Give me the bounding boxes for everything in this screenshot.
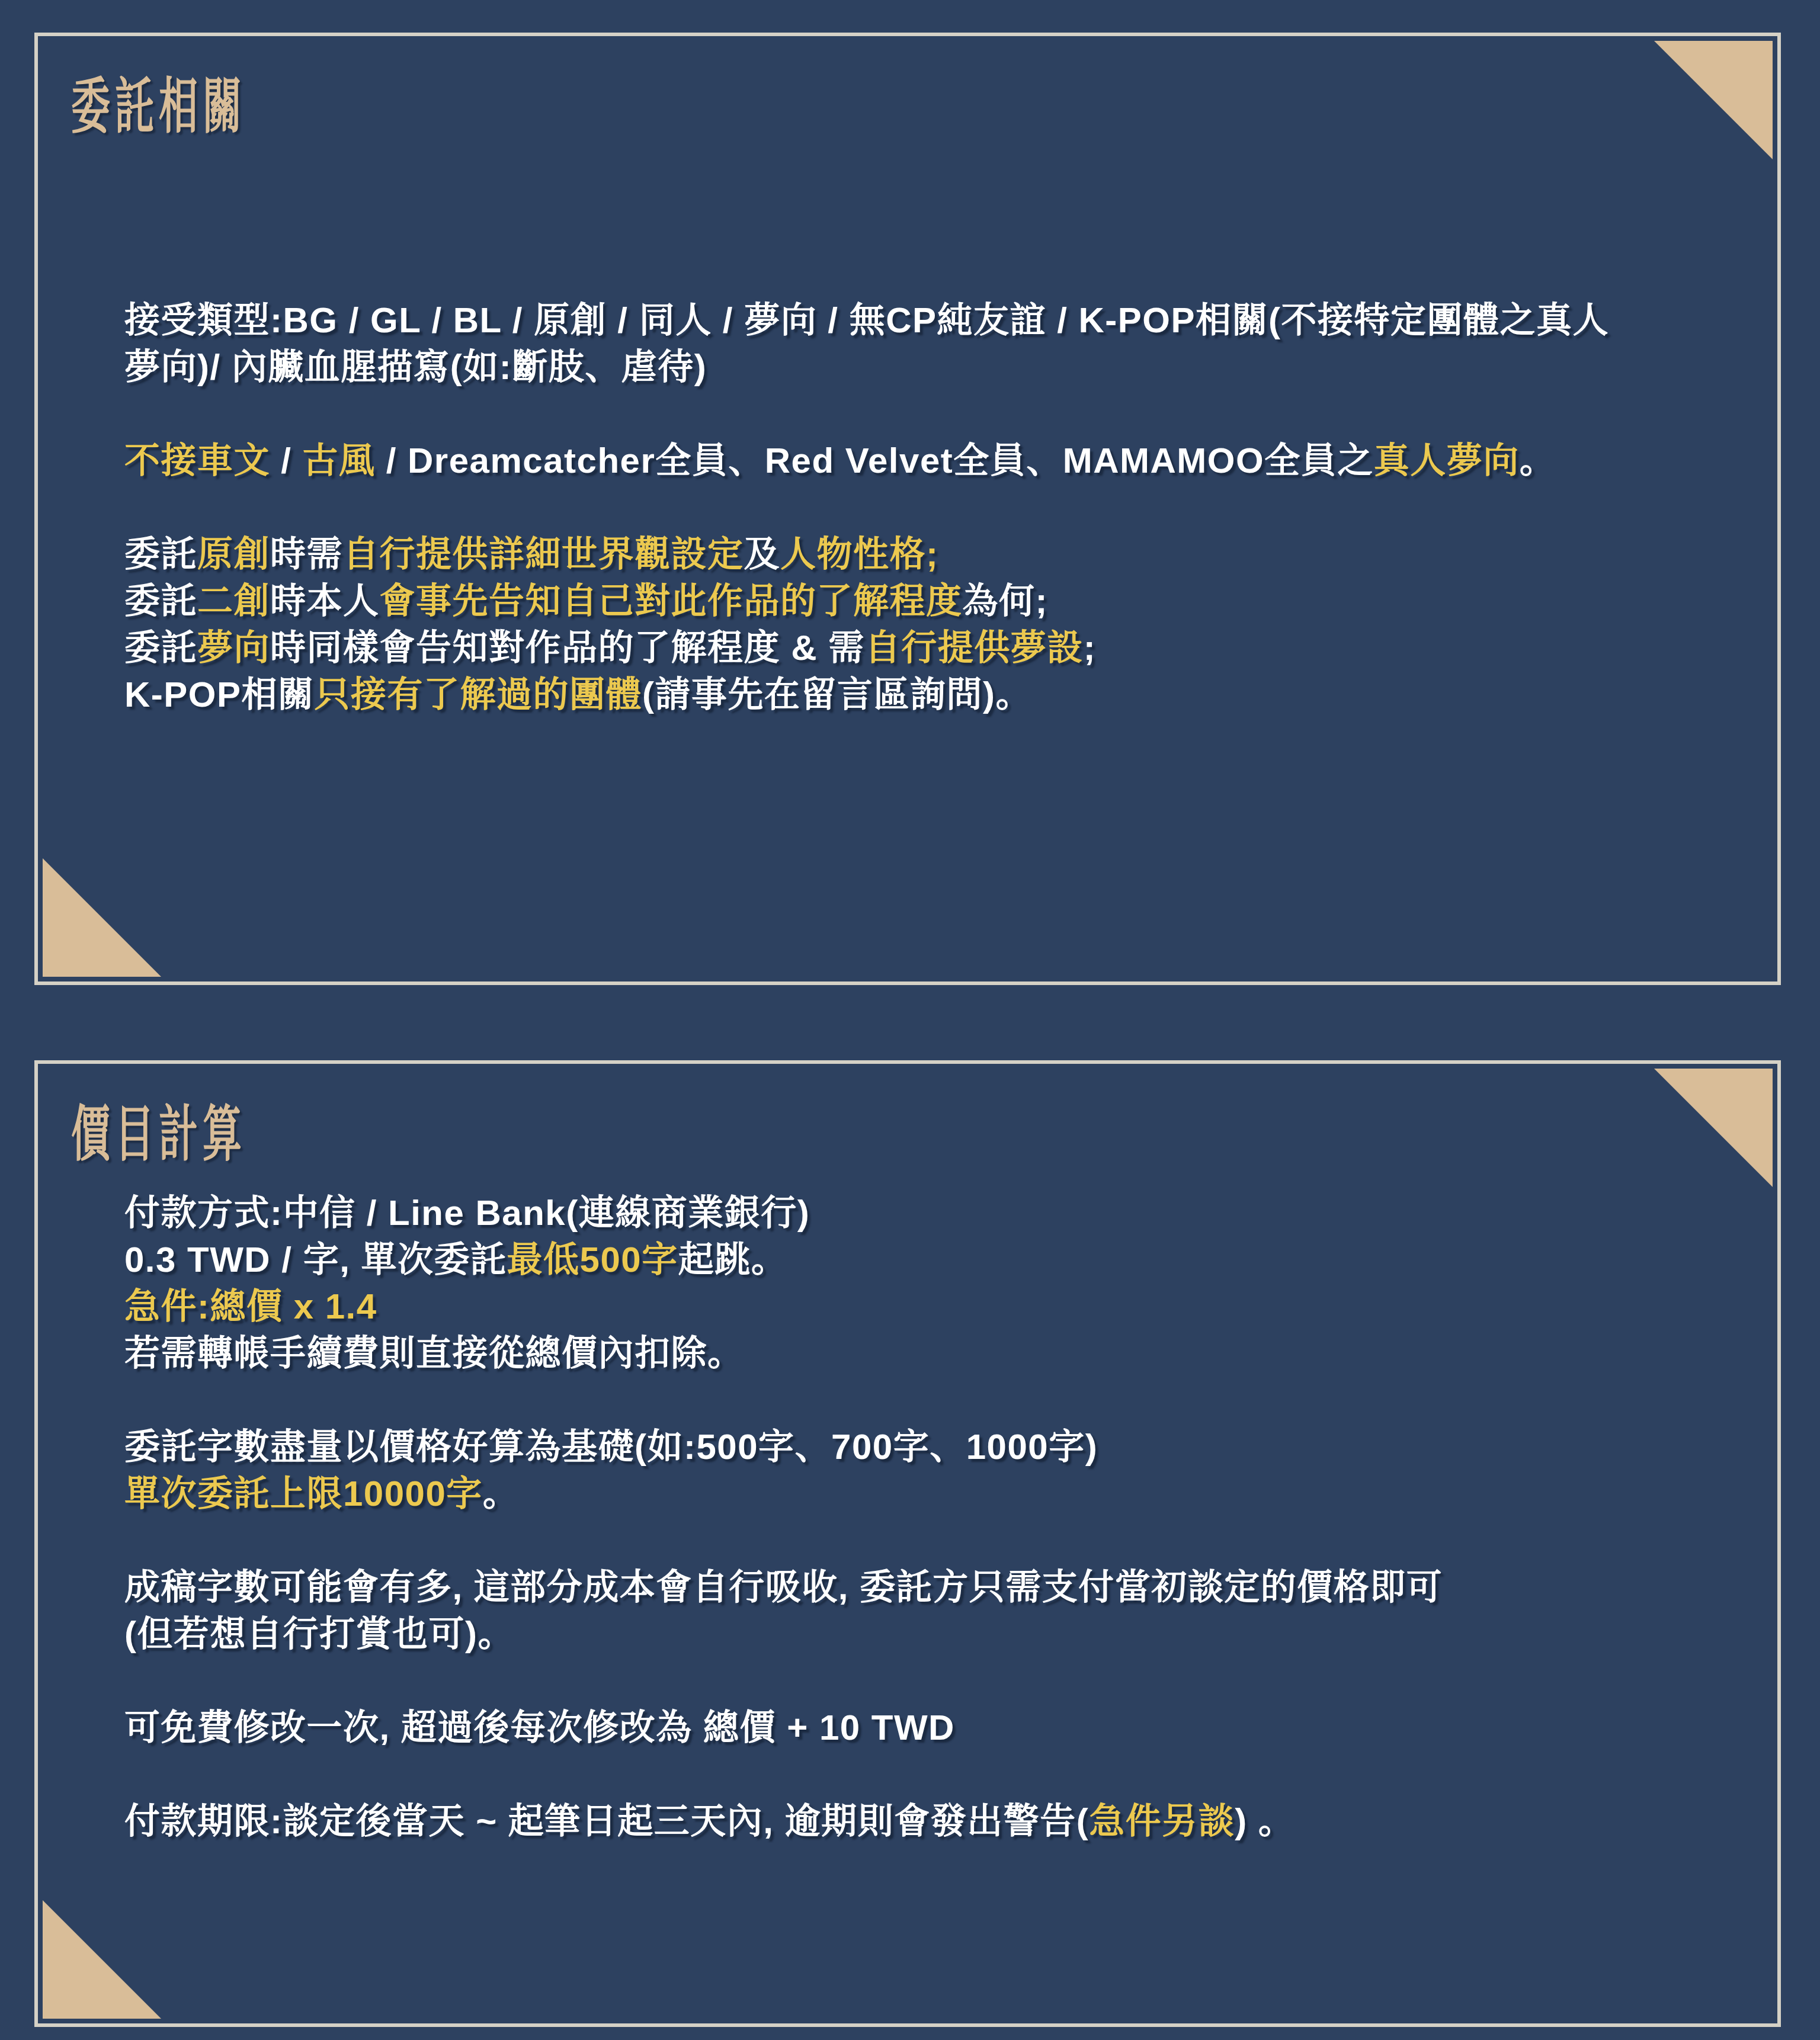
body-text: 為何;	[963, 581, 1048, 621]
body-text: 委託	[124, 628, 197, 668]
corner-triangle-top-right	[1654, 41, 1773, 159]
body-text: / Dreamcatcher全員、Red Velvet全員、MAMAMOO全員之	[376, 441, 1374, 480]
body-text: 委託	[124, 581, 197, 621]
blank-line	[124, 1657, 1763, 1704]
highlighted-text: 自行提供夢設	[865, 628, 1084, 668]
commission-info-panel: 委託相關 接受類型:BG / GL / BL / 原創 / 同人 / 夢向 / …	[34, 33, 1781, 985]
body-text: ;	[1084, 628, 1096, 668]
pricing-info-panel: 價目計算 付款方式:中信 / Line Bank(連線商業銀行)0.3 TWD …	[34, 1060, 1781, 2027]
body-text: (但若想自行打賞也可)。	[124, 1614, 514, 1654]
text-line: 委託原創時需自行提供詳細世界觀設定及人物性格;	[124, 531, 1763, 578]
text-line: 付款期限:談定後當天 ~ 起筆日起三天內, 逾期則會發出警告(急件另談) 。	[124, 1798, 1763, 1845]
body-text: 時本人	[270, 581, 380, 621]
body-text: 。	[483, 1474, 520, 1513]
text-line: 夢向)/ 內臟血腥描寫(如:斷肢、虐待)	[124, 344, 1763, 390]
highlighted-text: 急件另談	[1089, 1801, 1235, 1841]
pricing-text-block: 付款方式:中信 / Line Bank(連線商業銀行)0.3 TWD / 字, …	[124, 1189, 1763, 1845]
highlighted-text: 急件:總價 x 1.4	[124, 1287, 377, 1326]
blank-line	[124, 484, 1763, 531]
text-line: 單次委託上限10000字。	[124, 1470, 1763, 1517]
body-text: 及	[744, 534, 781, 574]
highlighted-text: 二創	[197, 581, 270, 621]
text-line: 委託二創時本人會事先告知自己對此作品的了解程度為何;	[124, 578, 1763, 624]
body-text: 起跳。	[678, 1240, 788, 1279]
body-text: 可免費修改一次, 超過後每次修改為 總價 + 10 TWD	[124, 1708, 955, 1747]
body-text: 委託字數盡量以價格好算為基礎(如:500字、700字、1000字)	[124, 1427, 1098, 1467]
body-text: 委託	[124, 534, 197, 574]
highlighted-text: 最低500字	[507, 1240, 678, 1279]
body-text: (請事先在留言區詢問)。	[642, 675, 1032, 714]
text-line: 委託夢向時同樣會告知對作品的了解程度 & 需自行提供夢設;	[124, 624, 1763, 671]
body-text: 付款方式:中信 / Line Bank(連線商業銀行)	[124, 1193, 810, 1233]
corner-triangle-bottom-left	[43, 1900, 161, 2019]
corner-triangle-top-right	[1654, 1069, 1773, 1187]
highlighted-text: 原創	[197, 534, 270, 574]
text-line: K-POP相關只接有了解過的團體(請事先在留言區詢問)。	[124, 671, 1763, 718]
body-text: ) 。	[1235, 1801, 1294, 1841]
text-line: 委託字數盡量以價格好算為基礎(如:500字、700字、1000字)	[124, 1423, 1763, 1470]
body-text: 。	[1520, 441, 1556, 480]
body-text: 時同樣會告知對作品的了解程度 & 需	[270, 628, 865, 668]
highlighted-text: 不接車文	[124, 441, 270, 480]
commission-text-block: 接受類型:BG / GL / BL / 原創 / 同人 / 夢向 / 無CP純友…	[124, 297, 1763, 718]
highlighted-text: 古風	[303, 441, 376, 480]
highlighted-text: 真人夢向	[1374, 441, 1520, 480]
text-line: (但若想自行打賞也可)。	[124, 1611, 1763, 1657]
blank-line	[124, 1517, 1763, 1564]
body-text: 0.3 TWD / 字, 單次委託	[124, 1240, 507, 1279]
body-text: 若需轉帳手續費則直接從總價內扣除。	[124, 1333, 744, 1373]
panel-title-commission: 委託相關	[71, 57, 246, 145]
highlighted-text: 只接有了解過的團體	[315, 675, 643, 714]
corner-triangle-bottom-left	[43, 858, 161, 977]
text-line: 付款方式:中信 / Line Bank(連線商業銀行)	[124, 1189, 1763, 1236]
blank-line	[124, 1377, 1763, 1423]
text-line: 接受類型:BG / GL / BL / 原創 / 同人 / 夢向 / 無CP純友…	[124, 297, 1763, 344]
text-line: 0.3 TWD / 字, 單次委託最低500字起跳。	[124, 1236, 1763, 1283]
highlighted-text: 人物性格;	[780, 534, 938, 574]
body-text: 夢向)/ 內臟血腥描寫(如:斷肢、虐待)	[124, 347, 707, 387]
body-text: /	[270, 441, 303, 480]
body-text: 成稿字數可能會有多, 這部分成本會自行吸收, 委託方只需支付當初談定的價格即可	[124, 1567, 1443, 1607]
panel-title-pricing: 價目計算	[71, 1085, 246, 1172]
body-text: 時需	[270, 534, 343, 574]
blank-line	[124, 1751, 1763, 1798]
text-line: 可免費修改一次, 超過後每次修改為 總價 + 10 TWD	[124, 1704, 1763, 1751]
blank-line	[124, 390, 1763, 437]
body-text: 付款期限:談定後當天 ~ 起筆日起三天內, 逾期則會發出警告(	[124, 1801, 1089, 1841]
highlighted-text: 單次委託上限10000字	[124, 1474, 483, 1513]
highlighted-text: 夢向	[197, 628, 270, 668]
body-text: 接受類型:BG / GL / BL / 原創 / 同人 / 夢向 / 無CP純友…	[124, 300, 1609, 340]
text-line: 若需轉帳手續費則直接從總價內扣除。	[124, 1330, 1763, 1377]
text-line: 急件:總價 x 1.4	[124, 1283, 1763, 1330]
highlighted-text: 自行提供詳細世界觀設定	[343, 534, 744, 574]
text-line: 不接車文 / 古風 / Dreamcatcher全員、Red Velvet全員、…	[124, 437, 1763, 484]
highlighted-text: 會事先告知自己對此作品的了解程度	[380, 581, 963, 621]
text-line: 成稿字數可能會有多, 這部分成本會自行吸收, 委託方只需支付當初談定的價格即可	[124, 1564, 1763, 1611]
body-text: K-POP相關	[124, 675, 315, 714]
